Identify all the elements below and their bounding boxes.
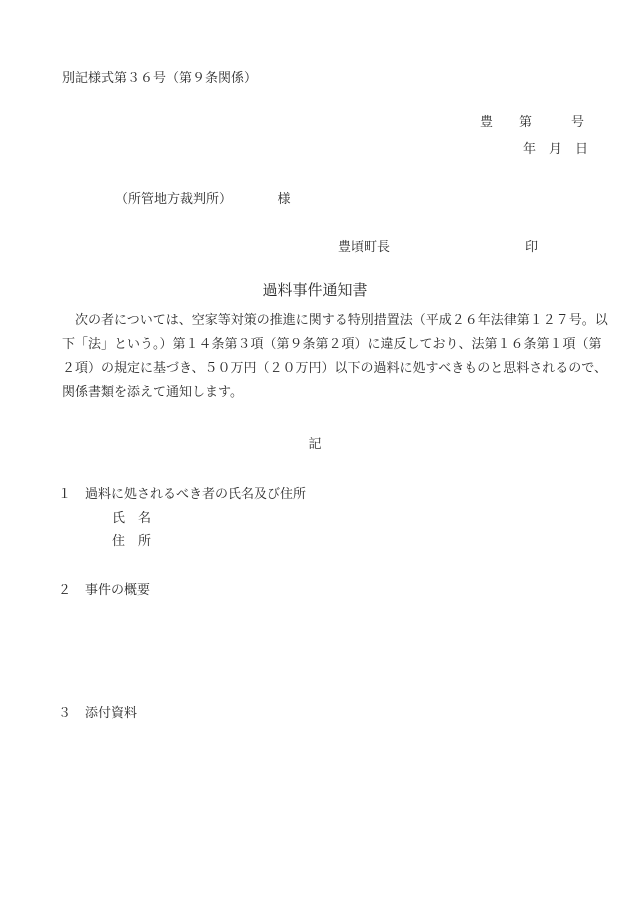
ki-heading: 記 [0, 437, 630, 450]
body-line-3: ２項）の規定に基づき、５０万円（２０万円）以下の過料に処すべきものと思料されるの… [62, 356, 610, 380]
item-1-number: １ [58, 487, 71, 500]
document-page: 別記様式第３６号（第９条関係） 豊 第 号 年 月 日 （所管地方裁判所） 様 … [0, 0, 630, 903]
item-1-label: 過料に処されるべき者の氏名及び住所 [85, 487, 306, 500]
addressee-line: （所管地方裁判所） 様 [115, 192, 291, 205]
document-title: 過料事件通知書 [0, 284, 630, 299]
address-field-label: 住 所 [112, 534, 151, 547]
body-paragraph: 次の者については、空家等対策の推進に関する特別措置法（平成２６年法律第１２７号。… [62, 308, 610, 404]
item-3-number: ３ [58, 706, 71, 719]
seal-placeholder: 印 [525, 240, 538, 253]
item-3-label: 添付資料 [85, 706, 137, 719]
reference-number-line: 豊 第 号 [480, 115, 584, 128]
form-number: 別記様式第３６号（第９条関係） [62, 71, 257, 84]
issuer-name: 豊頃町長 [338, 240, 390, 253]
item-2-label: 事件の概要 [85, 583, 150, 596]
name-field-label: 氏 名 [112, 511, 151, 524]
item-2-number: ２ [58, 583, 71, 596]
body-line-1: 次の者については、空家等対策の推進に関する特別措置法（平成２６年法律第１２７号。… [62, 308, 610, 332]
body-line-2: 下「法」という。）第１４条第３項（第９条第２項）に違反しており、法第１６条第１項… [62, 332, 610, 356]
body-line-4: 関係書類を添えて通知します。 [62, 380, 610, 404]
date-line: 年 月 日 [523, 142, 588, 155]
